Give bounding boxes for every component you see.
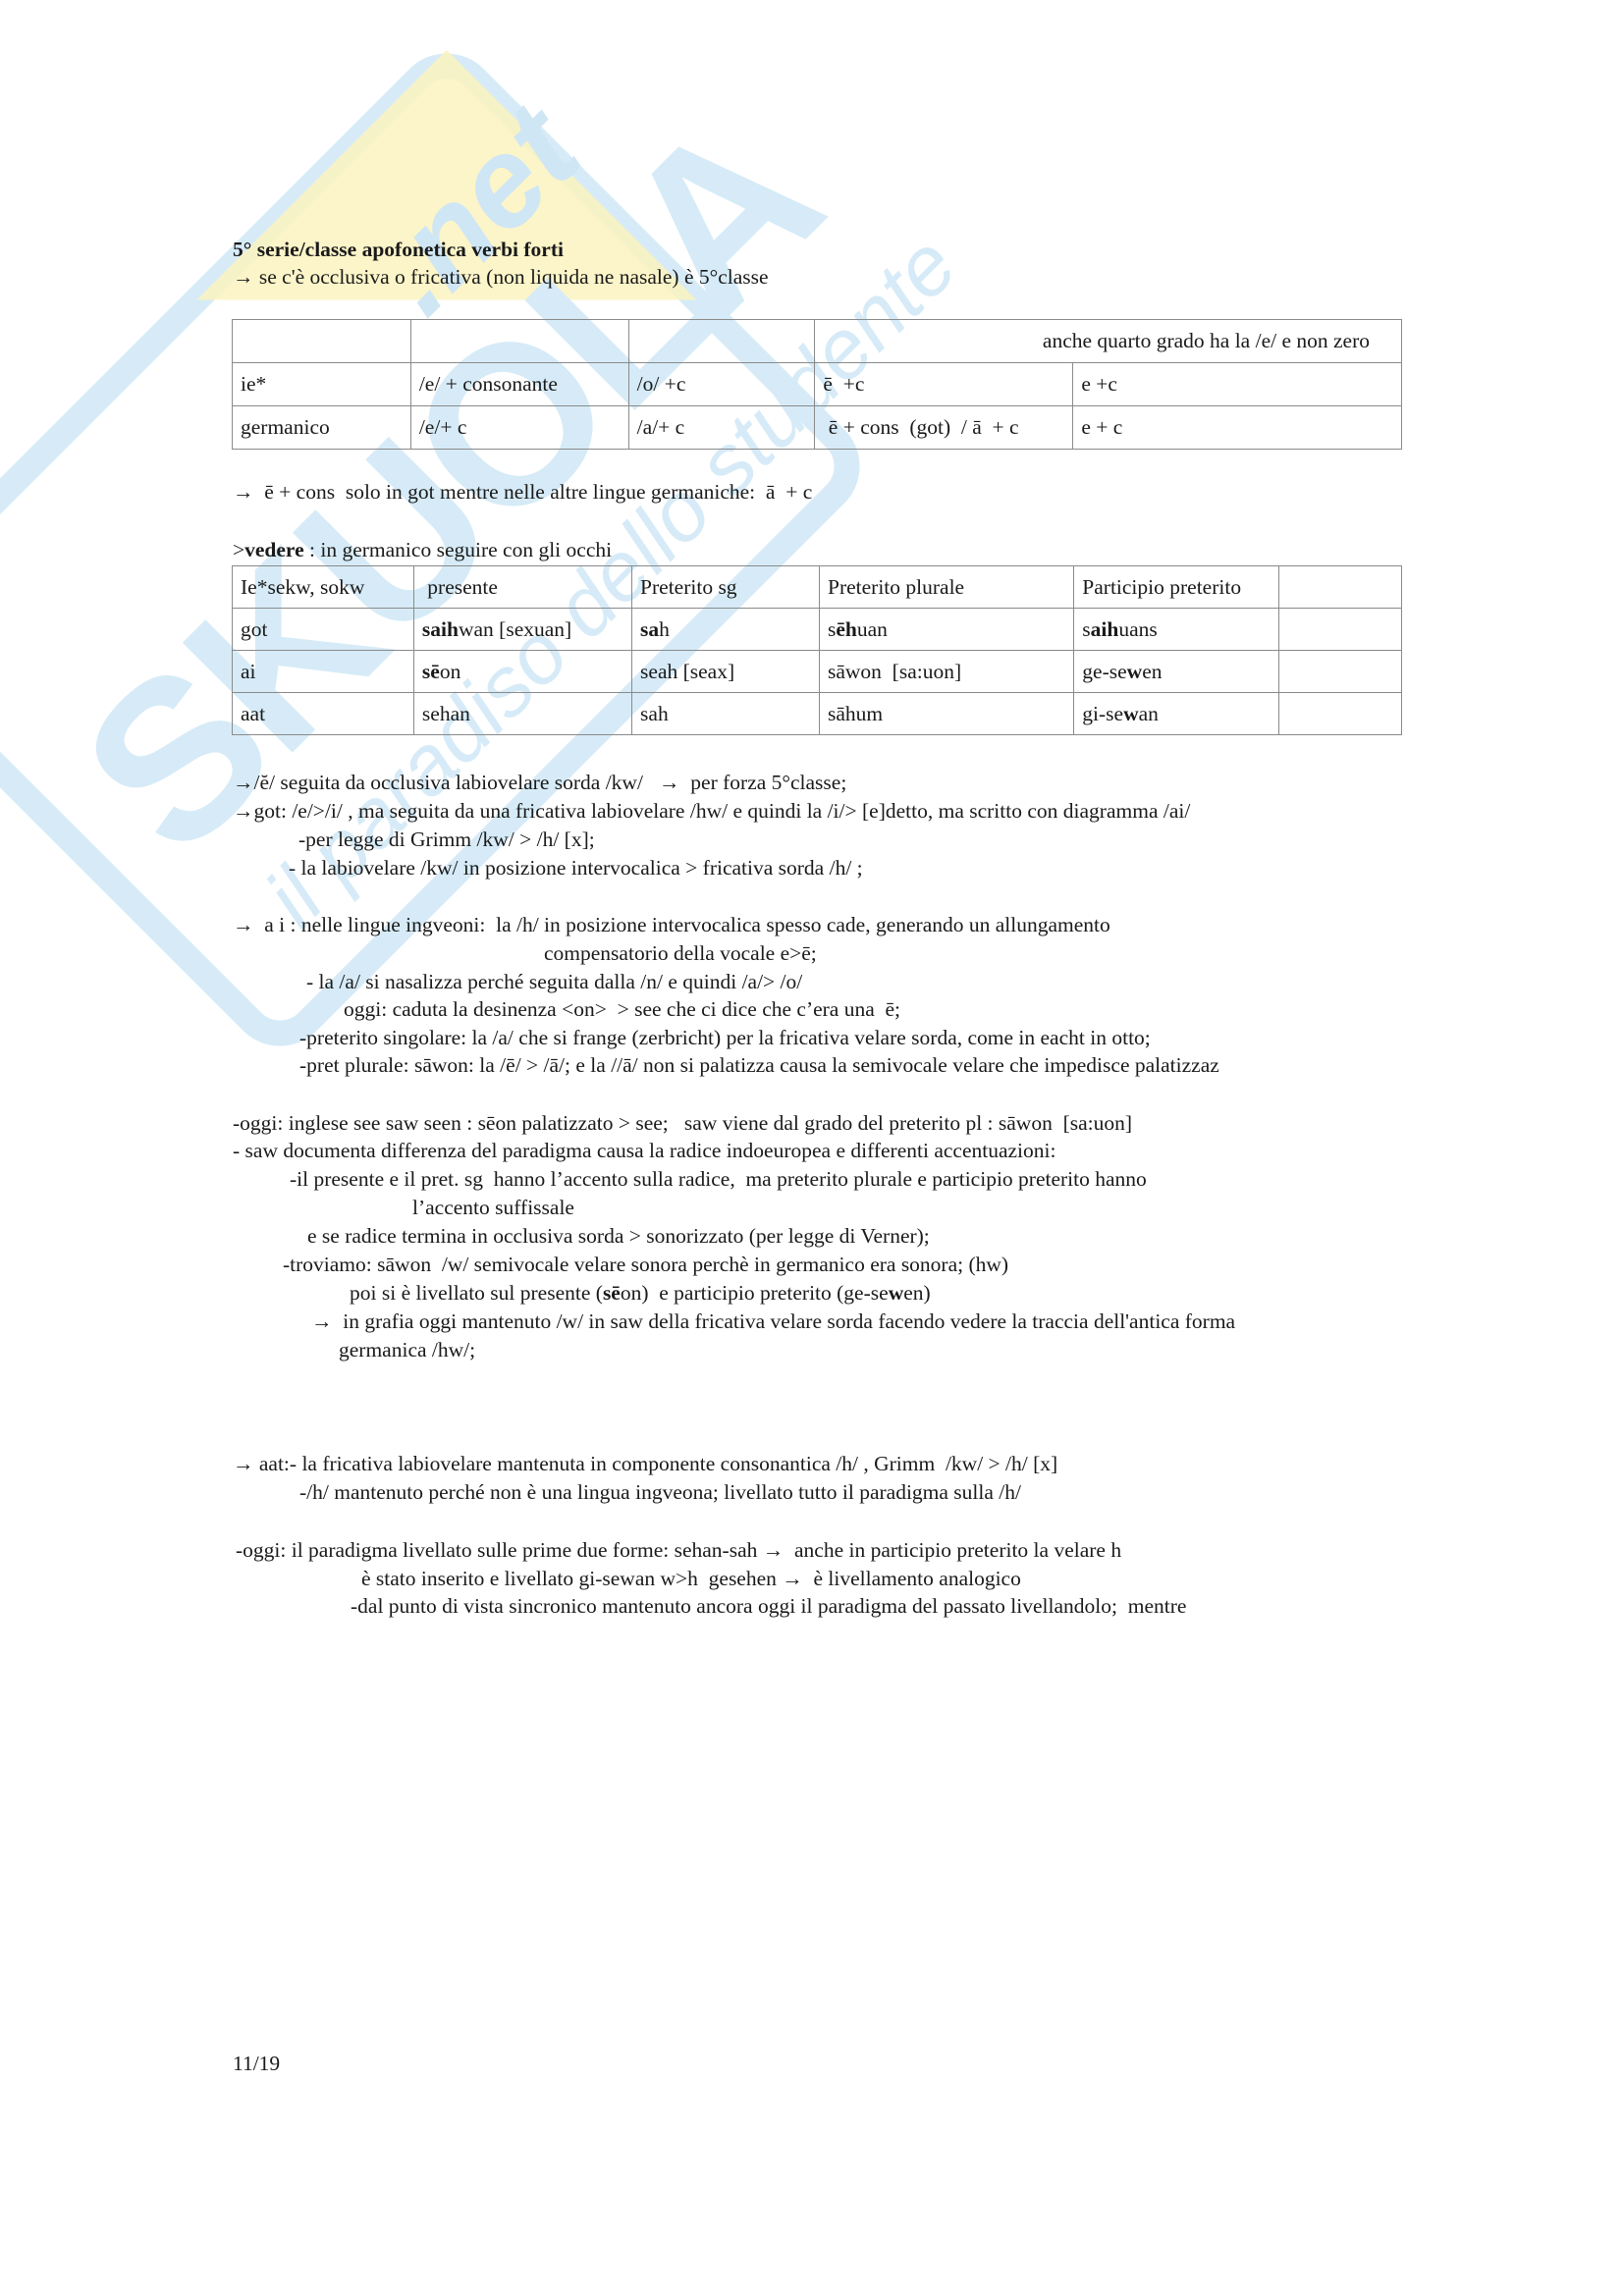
table-cell: sehan (413, 693, 631, 735)
column-header: presente (413, 566, 631, 609)
table-cell: ē +c (815, 363, 1073, 406)
page-number: 11/19 (233, 2052, 280, 2076)
column-header: Preterito sg (632, 566, 820, 609)
table-cell: gi-sewan (1074, 693, 1279, 735)
plain-part: h (659, 617, 670, 641)
table-cell (1279, 609, 1402, 651)
intro-line: → se c'è occlusiva o fricativa (non liqu… (233, 263, 769, 291)
note-line: - la /a/ si nasalizza perché seguita dal… (306, 968, 802, 995)
note-line: -oggi: il paradigma livellato sulle prim… (236, 1536, 1121, 1564)
table-cell: /e/ + consonante (410, 363, 628, 406)
vedere-word: vedere (244, 538, 304, 561)
note-line: oggi: caduta la desinenza <on> > see che… (344, 995, 900, 1023)
note-line: -per legge di Grimm /kw/ > /h/ [x]; (298, 826, 595, 853)
table-cell (628, 320, 815, 363)
table-header-row: Ie*sekw, sokw presente Preterito sg Pret… (233, 566, 1402, 609)
note-line: - la labiovelare /kw/ in posizione inter… (289, 854, 863, 881)
column-header: Preterito plurale (819, 566, 1073, 609)
table-cell (233, 320, 411, 363)
bold-part: aih (1091, 617, 1119, 641)
table-cell: seah [seax] (632, 651, 820, 693)
note-line: l’accento suffissale (412, 1194, 574, 1221)
table-cell: sēon (413, 651, 631, 693)
bold-part: sē (422, 660, 440, 683)
bold-part: saih (422, 617, 459, 641)
table-cell: ge-sewen (1074, 651, 1279, 693)
vedere-prefix: > (233, 538, 244, 561)
column-header: Ie*sekw, sokw (233, 566, 414, 609)
column-header (1279, 566, 1402, 609)
note-line: -troviamo: sāwon /w/ semivocale velare s… (283, 1251, 1008, 1278)
table-cell: /e/+ c (410, 406, 628, 450)
plain-part: s (1082, 617, 1090, 641)
table-row: anche quarto grado ha la /e/ e non zero (233, 320, 1402, 363)
table-row: aat sehan sah sāhum gi-sewan (233, 693, 1402, 735)
plain-part: sah (640, 702, 669, 725)
note-line: -dal punto di vista sincronico mantenuto… (351, 1592, 1186, 1620)
plain-part: an (1139, 702, 1159, 725)
note-line: →/ĕ/ seguita da occlusiva labiovelare so… (233, 769, 846, 796)
note-line: → ē + cons solo in got mentre nelle altr… (233, 478, 812, 506)
vedere-paradigm-table: Ie*sekw, sokw presente Preterito sg Pret… (232, 565, 1402, 735)
table-cell: ai (233, 651, 414, 693)
plain-part: sāwon [sa:uon] (828, 660, 961, 683)
note-line: - saw documenta differenza del paradigma… (233, 1137, 1055, 1164)
document-page: 5° serie/classe apofonetica verbi forti … (0, 0, 1623, 2296)
note-line: è stato inserito e livellato gi-sewan w>… (361, 1565, 1021, 1592)
table-cell: e + c (1073, 406, 1402, 450)
column-header: Participio preterito (1074, 566, 1279, 609)
plain-part: ge-se (1082, 660, 1126, 683)
bold-part: w (889, 1281, 904, 1305)
table-cell: saihwan [sexuan] (413, 609, 631, 651)
bold-part: w (1127, 660, 1143, 683)
bold-part: sa (640, 617, 659, 641)
table-cell: /o/ +c (628, 363, 815, 406)
note-line: -il presente e il pret. sg hanno l’accen… (290, 1165, 1147, 1193)
table-cell: saihuans (1074, 609, 1279, 651)
note-line: →got: /e/>/i/ , ma seguita da una fricat… (233, 797, 1190, 825)
plain-part: en (1142, 660, 1162, 683)
plain-part: sāhum (828, 702, 883, 725)
table-header-note: anche quarto grado ha la /e/ e non zero (815, 320, 1402, 363)
plain-part: sehan (422, 702, 470, 725)
note-line: -oggi: inglese see saw seen : sēon palat… (233, 1109, 1132, 1137)
table-cell: sah (632, 693, 820, 735)
plain-part: seah [seax] (640, 660, 734, 683)
ablaut-table: anche quarto grado ha la /e/ e non zero … (232, 319, 1402, 450)
plain-part: uan (857, 617, 888, 641)
table-cell: ie* (233, 363, 411, 406)
table-cell: sāhum (819, 693, 1073, 735)
table-row: germanico /e/+ c /a/+ c ē + cons (got) /… (233, 406, 1402, 450)
note-line: -/h/ mantenuto perché non è una lingua i… (299, 1478, 1021, 1506)
section-title: 5° serie/classe apofonetica verbi forti (233, 236, 564, 263)
table-cell (410, 320, 628, 363)
table-cell: e +c (1073, 363, 1402, 406)
table-cell: sah (632, 609, 820, 651)
table-cell: sāwon [sa:uon] (819, 651, 1073, 693)
note-line: → aat:- la fricativa labiovelare mantenu… (233, 1450, 1057, 1477)
note-line: → a i : nelle lingue ingveoni: la /h/ in… (233, 911, 1110, 938)
table-cell: sēhuan (819, 609, 1073, 651)
plain-part: gi-se (1082, 702, 1123, 725)
plain-part: on) e participio preterito (ge-se (621, 1281, 889, 1305)
table-cell: got (233, 609, 414, 651)
vedere-heading: >vedere : in germanico seguire con gli o… (233, 536, 612, 563)
note-line: -pret plurale: sāwon: la /ē/ > /ā/; e la… (299, 1051, 1219, 1079)
bold-part: ēh (836, 617, 857, 641)
table-cell (1279, 651, 1402, 693)
plain-part: poi si è livellato sul presente ( (350, 1281, 603, 1305)
plain-part: on (440, 660, 461, 683)
table-cell: aat (233, 693, 414, 735)
table-cell: /a/+ c (628, 406, 815, 450)
bold-part: w (1123, 702, 1139, 725)
table-cell (1279, 693, 1402, 735)
note-line: -preterito singolare: la /a/ che si fran… (299, 1024, 1151, 1051)
plain-part: en) (903, 1281, 930, 1305)
table-row: ie* /e/ + consonante /o/ +c ē +c e +c (233, 363, 1402, 406)
note-line: compensatorio della vocale e>ē; (544, 939, 817, 967)
note-line: → in grafia oggi mantenuto /w/ in saw de… (311, 1308, 1235, 1335)
vedere-rest: : in germanico seguire con gli occhi (304, 538, 612, 561)
bold-part: sē (603, 1281, 621, 1305)
plain-part: wan [sexuan] (459, 617, 571, 641)
note-line: poi si è livellato sul presente (sēon) e… (350, 1279, 931, 1307)
table-row: got saihwan [sexuan] sah sēhuan saihuans (233, 609, 1402, 651)
table-cell: germanico (233, 406, 411, 450)
note-line: germanica /hw/; (339, 1336, 475, 1363)
table-cell: ē + cons (got) / ā + c (815, 406, 1073, 450)
plain-part: uans (1118, 617, 1157, 641)
note-line: e se radice termina in occlusiva sorda >… (307, 1222, 930, 1250)
table-row: ai sēon seah [seax] sāwon [sa:uon] ge-se… (233, 651, 1402, 693)
